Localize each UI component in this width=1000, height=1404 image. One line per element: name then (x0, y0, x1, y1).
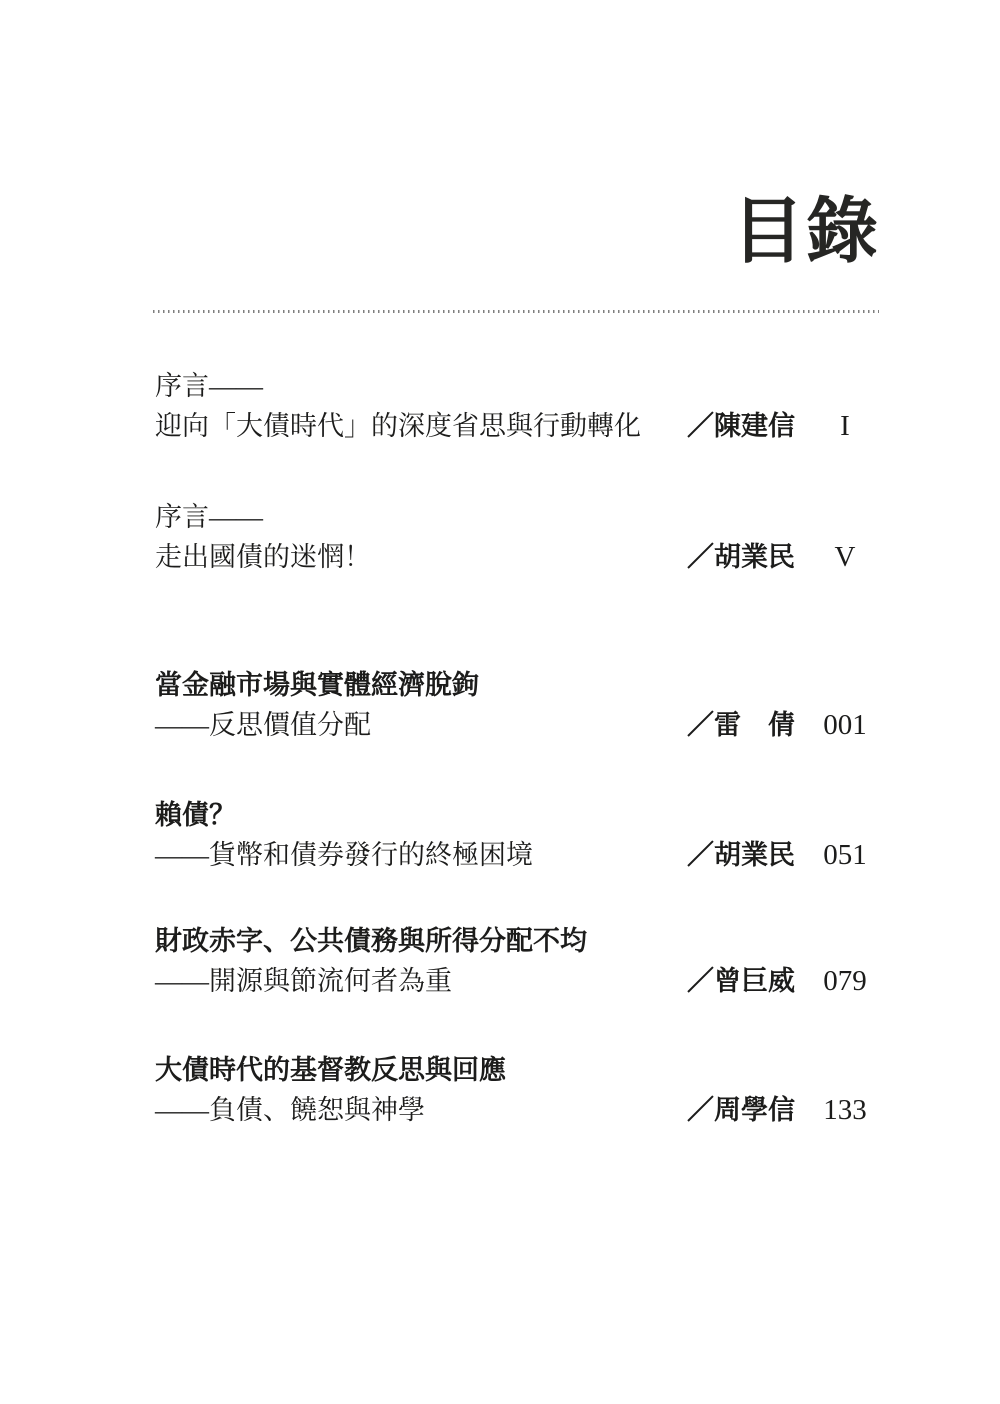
entry-author: ／雷 倩 (687, 705, 795, 745)
entry-second-line: ——開源與節流何者為重 ／曾巨威 079 (155, 961, 880, 1001)
entry-title: 賴債？ (155, 795, 880, 835)
entry-author: ／胡業民 (687, 537, 795, 577)
entry-author: ／陳建信 (687, 406, 795, 446)
entry-second-line: ——反思價值分配 ／雷 倩 001 (155, 705, 880, 745)
entry-subtitle: 迎向「大債時代」的深度省思與行動轉化 (155, 411, 641, 441)
toc-entry-chapter-2: 賴債？ ——貨幣和債券發行的終極困境 ／胡業民 051 (155, 795, 880, 875)
entry-page-number: I (808, 406, 882, 446)
entry-title: 當金融市場與實體經濟脫鉤 (155, 665, 880, 705)
entry-author: ／曾巨威 (687, 961, 795, 1001)
entry-title: 財政赤字、公共債務與所得分配不均 (155, 921, 880, 961)
toc-page: 目錄 序言—— 迎向「大債時代」的深度省思與行動轉化 ／陳建信 I 序言—— 走… (0, 0, 1000, 1404)
entry-subtitle: ——開源與節流何者為重 (155, 966, 452, 996)
entry-second-line: ——貨幣和債券發行的終極困境 ／胡業民 051 (155, 835, 880, 875)
entry-subtitle: ——反思價值分配 (155, 710, 371, 740)
entry-subtitle: ——負債、饒恕與神學 (155, 1095, 425, 1125)
entry-author: ／胡業民 (687, 835, 795, 875)
dotted-divider (153, 310, 879, 313)
entry-second-line: 迎向「大債時代」的深度省思與行動轉化 ／陳建信 I (155, 406, 880, 446)
toc-entry-preface-1: 序言—— 迎向「大債時代」的深度省思與行動轉化 ／陳建信 I (155, 366, 880, 446)
entry-page-number: 133 (808, 1090, 882, 1130)
entry-subtitle: ——貨幣和債券發行的終極困境 (155, 840, 533, 870)
entry-second-line: 走出國債的迷惘！ ／胡業民 V (155, 537, 880, 577)
toc-entry-chapter-4: 大債時代的基督教反思與回應 ——負債、饒恕與神學 ／周學信 133 (155, 1050, 880, 1130)
entry-page-number: V (808, 537, 882, 577)
toc-entry-chapter-1: 當金融市場與實體經濟脫鉤 ——反思價值分配 ／雷 倩 001 (155, 665, 880, 745)
entry-page-number: 079 (808, 961, 882, 1001)
entry-second-line: ——負債、饒恕與神學 ／周學信 133 (155, 1090, 880, 1130)
entry-title: 大債時代的基督教反思與回應 (155, 1050, 880, 1090)
toc-entry-chapter-3: 財政赤字、公共債務與所得分配不均 ——開源與節流何者為重 ／曾巨威 079 (155, 921, 880, 1001)
entry-subtitle: 走出國債的迷惘！ (155, 542, 371, 572)
entry-title: 序言—— (155, 497, 880, 537)
page-title: 目錄 (732, 196, 880, 268)
entry-author: ／周學信 (687, 1090, 795, 1130)
entry-title: 序言—— (155, 366, 880, 406)
entry-page-number: 001 (808, 705, 882, 745)
entry-page-number: 051 (808, 835, 882, 875)
toc-entry-preface-2: 序言—— 走出國債的迷惘！ ／胡業民 V (155, 497, 880, 577)
